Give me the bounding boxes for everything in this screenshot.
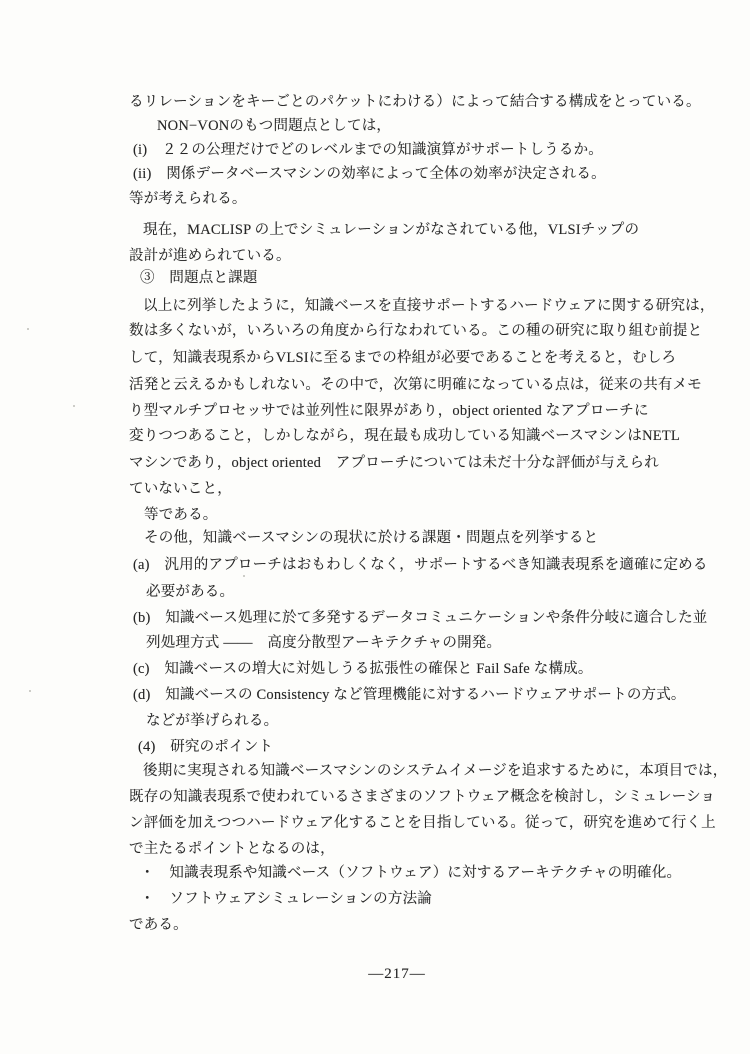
- text-line: 変りつつあること，しかしながら，現在最も成功している知識ベースマシンはNETL: [129, 427, 680, 446]
- text-line: マシンであり，object oriented アプローチについては未だ十分な評価…: [129, 454, 659, 473]
- text-line: 現在，MACLISP の上でシミュレーションがなされている他，VLSIチップの: [143, 221, 639, 240]
- text-line: 等が考えられる。: [129, 190, 247, 209]
- text-line: 活発と云えるかもしれない。その中で，次第に明確になっている点は，従来の共有メモ: [129, 376, 702, 395]
- text-line: して，知識表現系からVLSIに至るまでの枠組が必要であることを考えると，むしろ: [129, 349, 676, 368]
- text-line: である。: [129, 916, 188, 935]
- section-heading: ③ 問題点と課題: [140, 269, 258, 288]
- text-line: ていないこと，: [129, 480, 232, 499]
- text-line: その他，知識ベースマシンの現状に於ける課題・問題点を列挙すると: [144, 529, 598, 548]
- list-item: (d) 知識ベースの Consistency など管理機能に対するハードウェアサ…: [133, 686, 686, 705]
- scanned-document-page: るリレーションをキーごとのパケットにわける）によって結合する構成をとっている。 …: [0, 0, 750, 1054]
- scan-speck: [27, 328, 29, 330]
- bullet-item: ・ ソフトウェアシミュレーションの方法論: [140, 890, 432, 909]
- scan-speck: [73, 405, 75, 407]
- text-line: 必要がある。: [146, 583, 234, 602]
- text-line: などが挙げられる。: [146, 712, 278, 731]
- scan-speck: [29, 690, 31, 692]
- list-item: (ii) 関係データベースマシンの効率によって全体の効率が決定される。: [133, 165, 606, 184]
- page-number: —217—: [22, 966, 750, 983]
- list-item: (a) 汎用的アプローチはおもわしくなく，サポートするべき知識表現系を適確に定め…: [133, 556, 708, 575]
- text-line: NON−VONのもつ問題点としては，: [157, 117, 391, 136]
- text-line: 等である。: [144, 506, 218, 525]
- section-heading: (4) 研究のポイント: [138, 738, 273, 757]
- list-item: (b) 知識ベース処理に於て多発するデータコミュニケーションや条件分岐に適合した…: [133, 609, 708, 628]
- text-line: 後期に実現される知識ベースマシンのシステムイメージを追求するために，本項目では，: [143, 762, 727, 781]
- list-item: (c) 知識ベースの増大に対処しうる拡張性の確保と Fail Safe な構成。: [133, 660, 593, 679]
- scan-speck: [243, 575, 245, 577]
- text-line: り型マルチプロセッサでは並列性に限界があり，object oriented なア…: [129, 402, 649, 421]
- text-line: 以上に列挙したように，知識ベースを直接サポートするハードウェアに関する研究は，: [143, 297, 715, 316]
- text-line: ン評価を加えつつハードウェア化することを目指している。従って，研究を進めて行く上: [129, 814, 716, 833]
- text-line: 列処理方式 —— 高度分散型アーキテクチャの開発。: [146, 634, 501, 653]
- bullet-item: ・ 知識表現系や知識ベース（ソフトウェア）に対するアーキテクチャの明確化。: [140, 864, 681, 883]
- list-item: (i) ２２の公理だけでどのレベルまでの知識演算がサポートしうるか。: [133, 141, 603, 160]
- text-line: 数は多くないが，いろいろの角度から行なわれている。この種の研究に取り組む前提と: [129, 322, 702, 341]
- text-line: 既存の知識表現系で使われているさまざまのソフトウェア概念を検討し，シミュレーショ: [129, 788, 715, 807]
- text-line: で主たるポイントとなるのは，: [129, 840, 335, 859]
- text-line: 設計が進められている。: [129, 247, 291, 266]
- text-line: るリレーションをキーごとのパケットにわける）によって結合する構成をとっている。: [129, 93, 701, 112]
